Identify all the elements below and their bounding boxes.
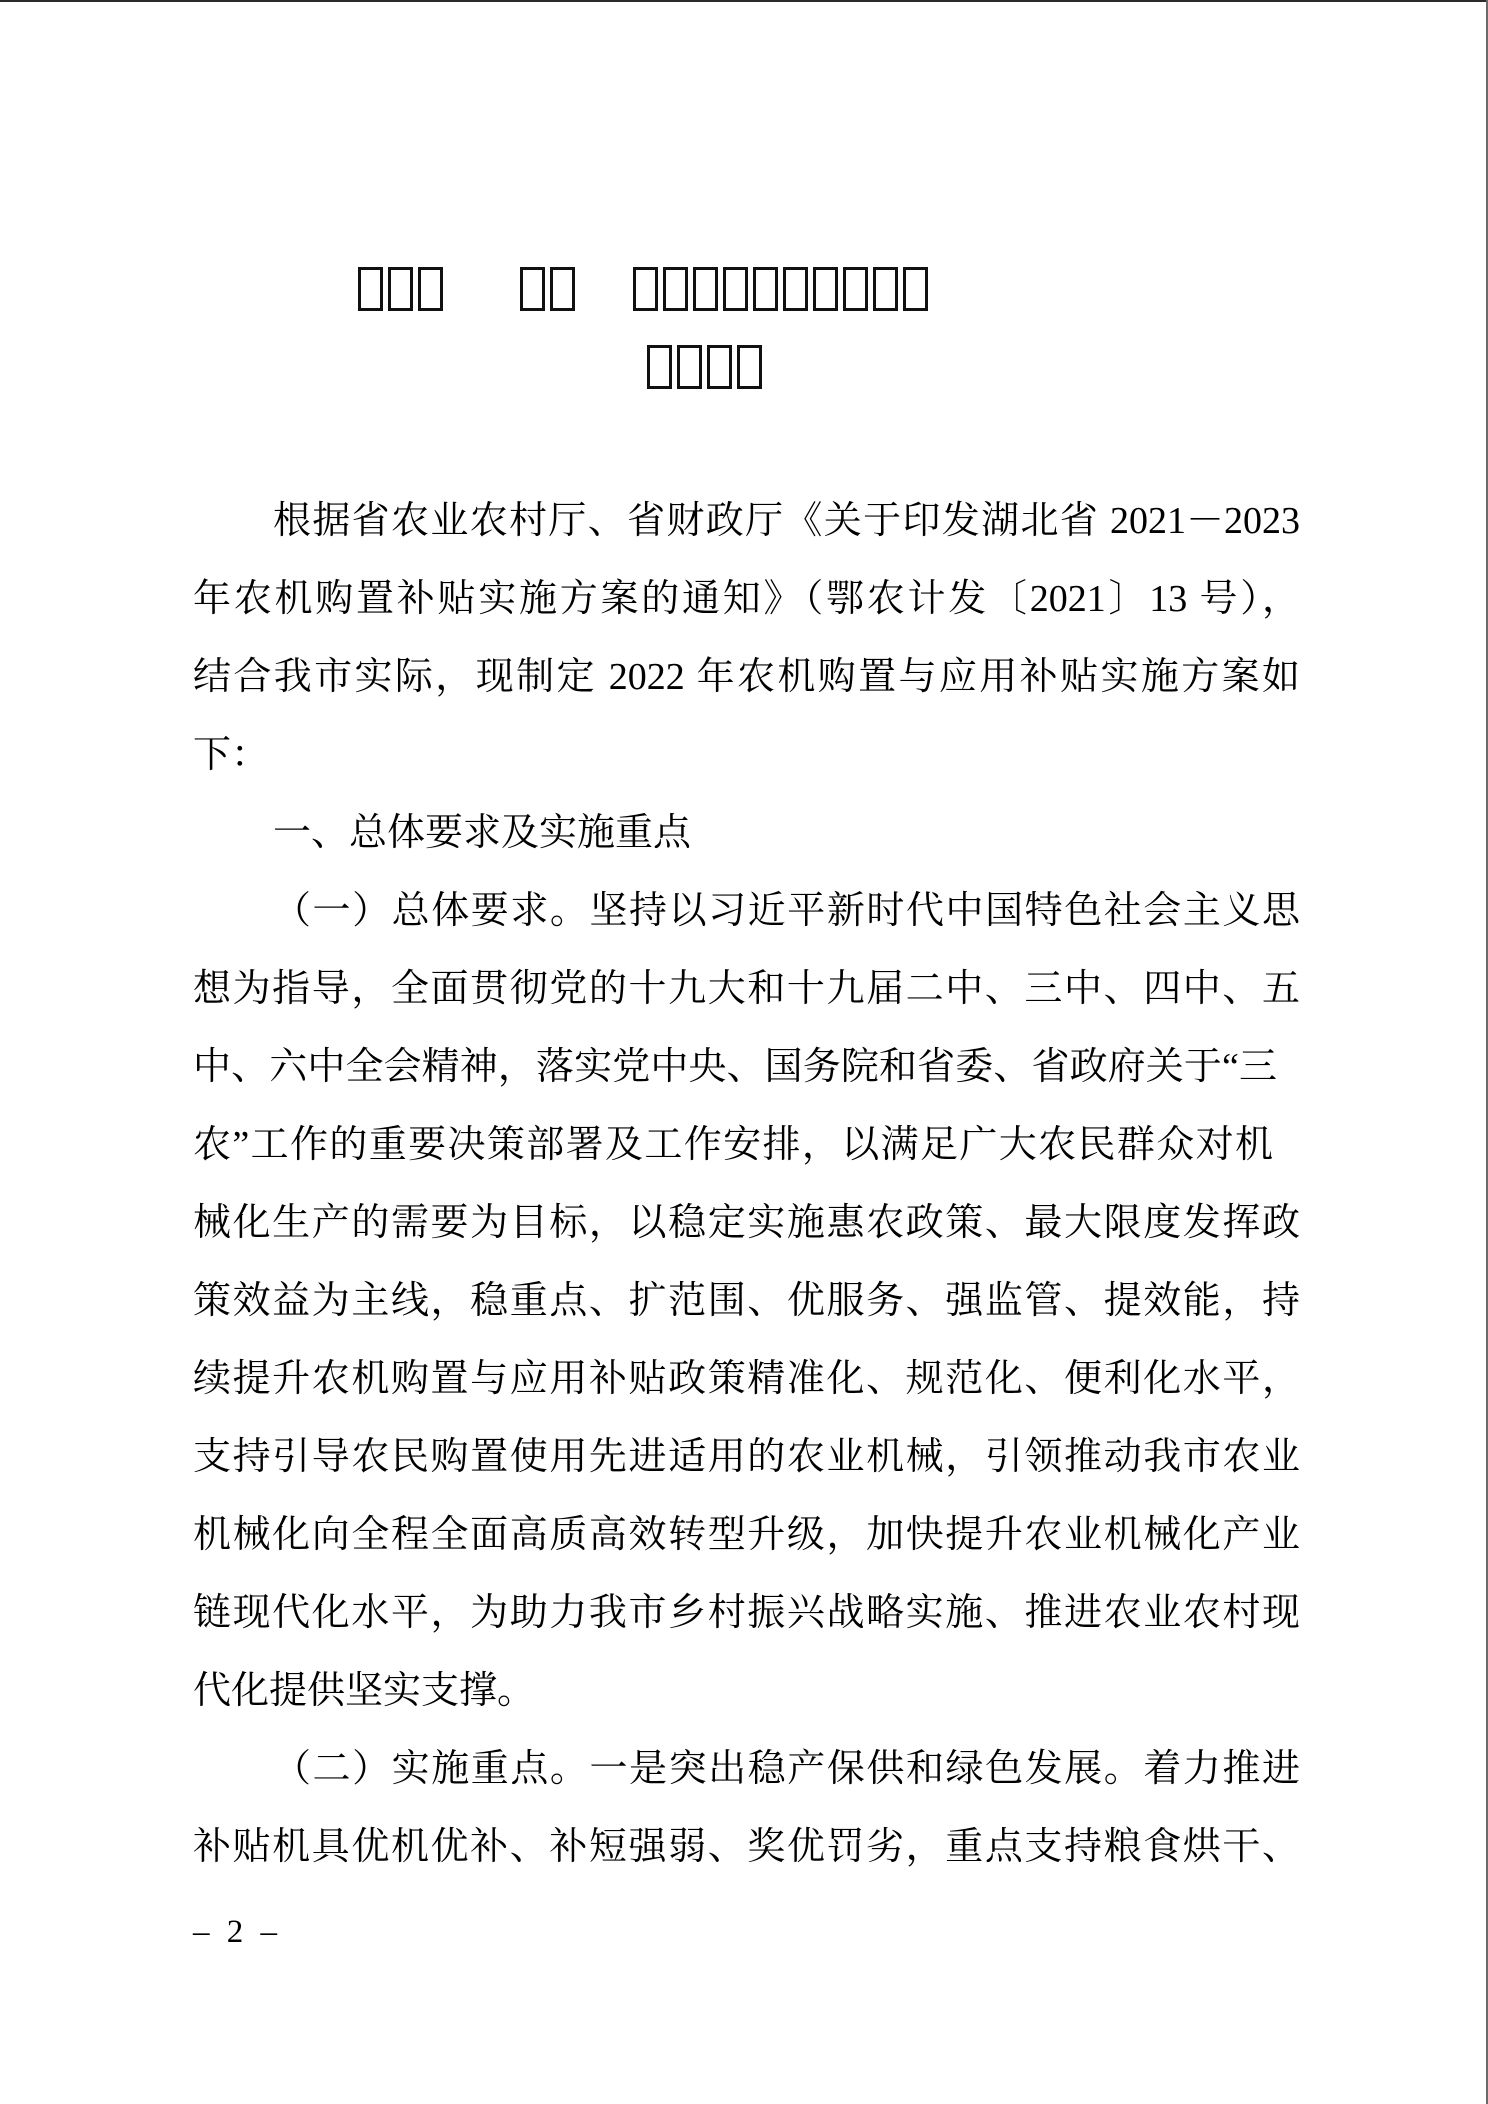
paragraph-line: （二）实施重点。一是突出稳产保供和绿色发展。着力推进: [193, 1730, 1300, 1808]
paragraph-implementation-focus: （二）实施重点。一是突出稳产保供和绿色发展。着力推进 补贴机具优机优补、补短强弱…: [193, 1730, 1300, 1886]
missing-glyph-box: □: [693, 267, 718, 311]
page-top-edge: [0, 0, 1488, 2]
missing-glyph-box: □: [737, 345, 762, 389]
missing-glyph-box: □: [418, 267, 443, 311]
section-heading-text: 一、总体要求及实施重点: [193, 794, 1300, 872]
document-body: 根据省农业农村厅、省财政厅《关于印发湖北省 2021－2023 年农机购置补贴实…: [193, 482, 1300, 1886]
missing-glyph-box: □: [388, 267, 413, 311]
missing-glyph-box: □: [677, 345, 702, 389]
paragraph-line: 代化提供坚实支撑。: [193, 1652, 1300, 1730]
paragraph-line: 农”工作的重要决策部署及工作安排，以满足广大农民群众对机: [193, 1106, 1300, 1184]
paragraph-line: 中、六中全会精神，落实党中央、国务院和省委、省政府关于“三: [193, 1028, 1300, 1106]
missing-glyph-box: □: [873, 267, 898, 311]
section-heading-general-requirements: 一、总体要求及实施重点: [193, 794, 1300, 872]
paragraph-line: 支持引导农民购置使用先进适用的农业机械，引领推动我市农业: [193, 1418, 1300, 1496]
missing-glyph-box: □: [707, 345, 732, 389]
paragraph-line: 年农机购置补贴实施方案的通知》（鄂农计发〔2021〕13 号），: [193, 560, 1300, 638]
title-line1-group1: □□□: [358, 267, 443, 311]
paragraph-line: 补贴机具优机优补、补短强弱、奖优罚劣，重点支持粮食烘干、: [193, 1808, 1300, 1886]
title-line1-group2: □□: [520, 267, 575, 311]
missing-glyph-box: □: [723, 267, 748, 311]
missing-glyph-box: □: [550, 267, 575, 311]
missing-glyph-box: □: [843, 267, 868, 311]
paragraph-line: 下：: [193, 716, 1300, 794]
paragraph-line: 根据省农业农村厅、省财政厅《关于印发湖北省 2021－2023: [193, 482, 1300, 560]
missing-glyph-box: □: [520, 267, 545, 311]
missing-glyph-box: □: [358, 267, 383, 311]
paragraph-line: 策效益为主线，稳重点、扩范围、优服务、强监管、提效能，持: [193, 1262, 1300, 1340]
missing-glyph-box: □: [663, 267, 688, 311]
paragraph-line: 链现代化水平，为助力我市乡村振兴战略实施、推进农业农村现: [193, 1574, 1300, 1652]
paragraph-intro: 根据省农业农村厅、省财政厅《关于印发湖北省 2021－2023 年农机购置补贴实…: [193, 482, 1300, 794]
title-line1-group3: □□□□□□□□□□: [633, 267, 928, 311]
paragraph-general-requirements: （一）总体要求。坚持以习近平新时代中国特色社会主义思 想为指导，全面贯彻党的十九…: [193, 872, 1300, 1730]
title-line2: □□□□: [647, 345, 762, 389]
paragraph-line: 想为指导，全面贯彻党的十九大和十九届二中、三中、四中、五: [193, 950, 1300, 1028]
paragraph-line: 结合我市实际，现制定 2022 年农机购置与应用补贴实施方案如: [193, 638, 1300, 716]
page-number: – 2 –: [193, 1916, 277, 1949]
paragraph-line: 械化生产的需要为目标，以稳定实施惠农政策、最大限度发挥政: [193, 1184, 1300, 1262]
missing-glyph-box: □: [783, 267, 808, 311]
missing-glyph-box: □: [753, 267, 778, 311]
paragraph-line: 机械化向全程全面高质高效转型升级，加快提升农业机械化产业: [193, 1496, 1300, 1574]
paragraph-line: （一）总体要求。坚持以习近平新时代中国特色社会主义思: [193, 872, 1300, 950]
paragraph-line: 续提升农机购置与应用补贴政策精准化、规范化、便利化水平，: [193, 1340, 1300, 1418]
missing-glyph-box: □: [647, 345, 672, 389]
missing-glyph-box: □: [903, 267, 928, 311]
missing-glyph-box: □: [813, 267, 838, 311]
missing-glyph-box: □: [633, 267, 658, 311]
